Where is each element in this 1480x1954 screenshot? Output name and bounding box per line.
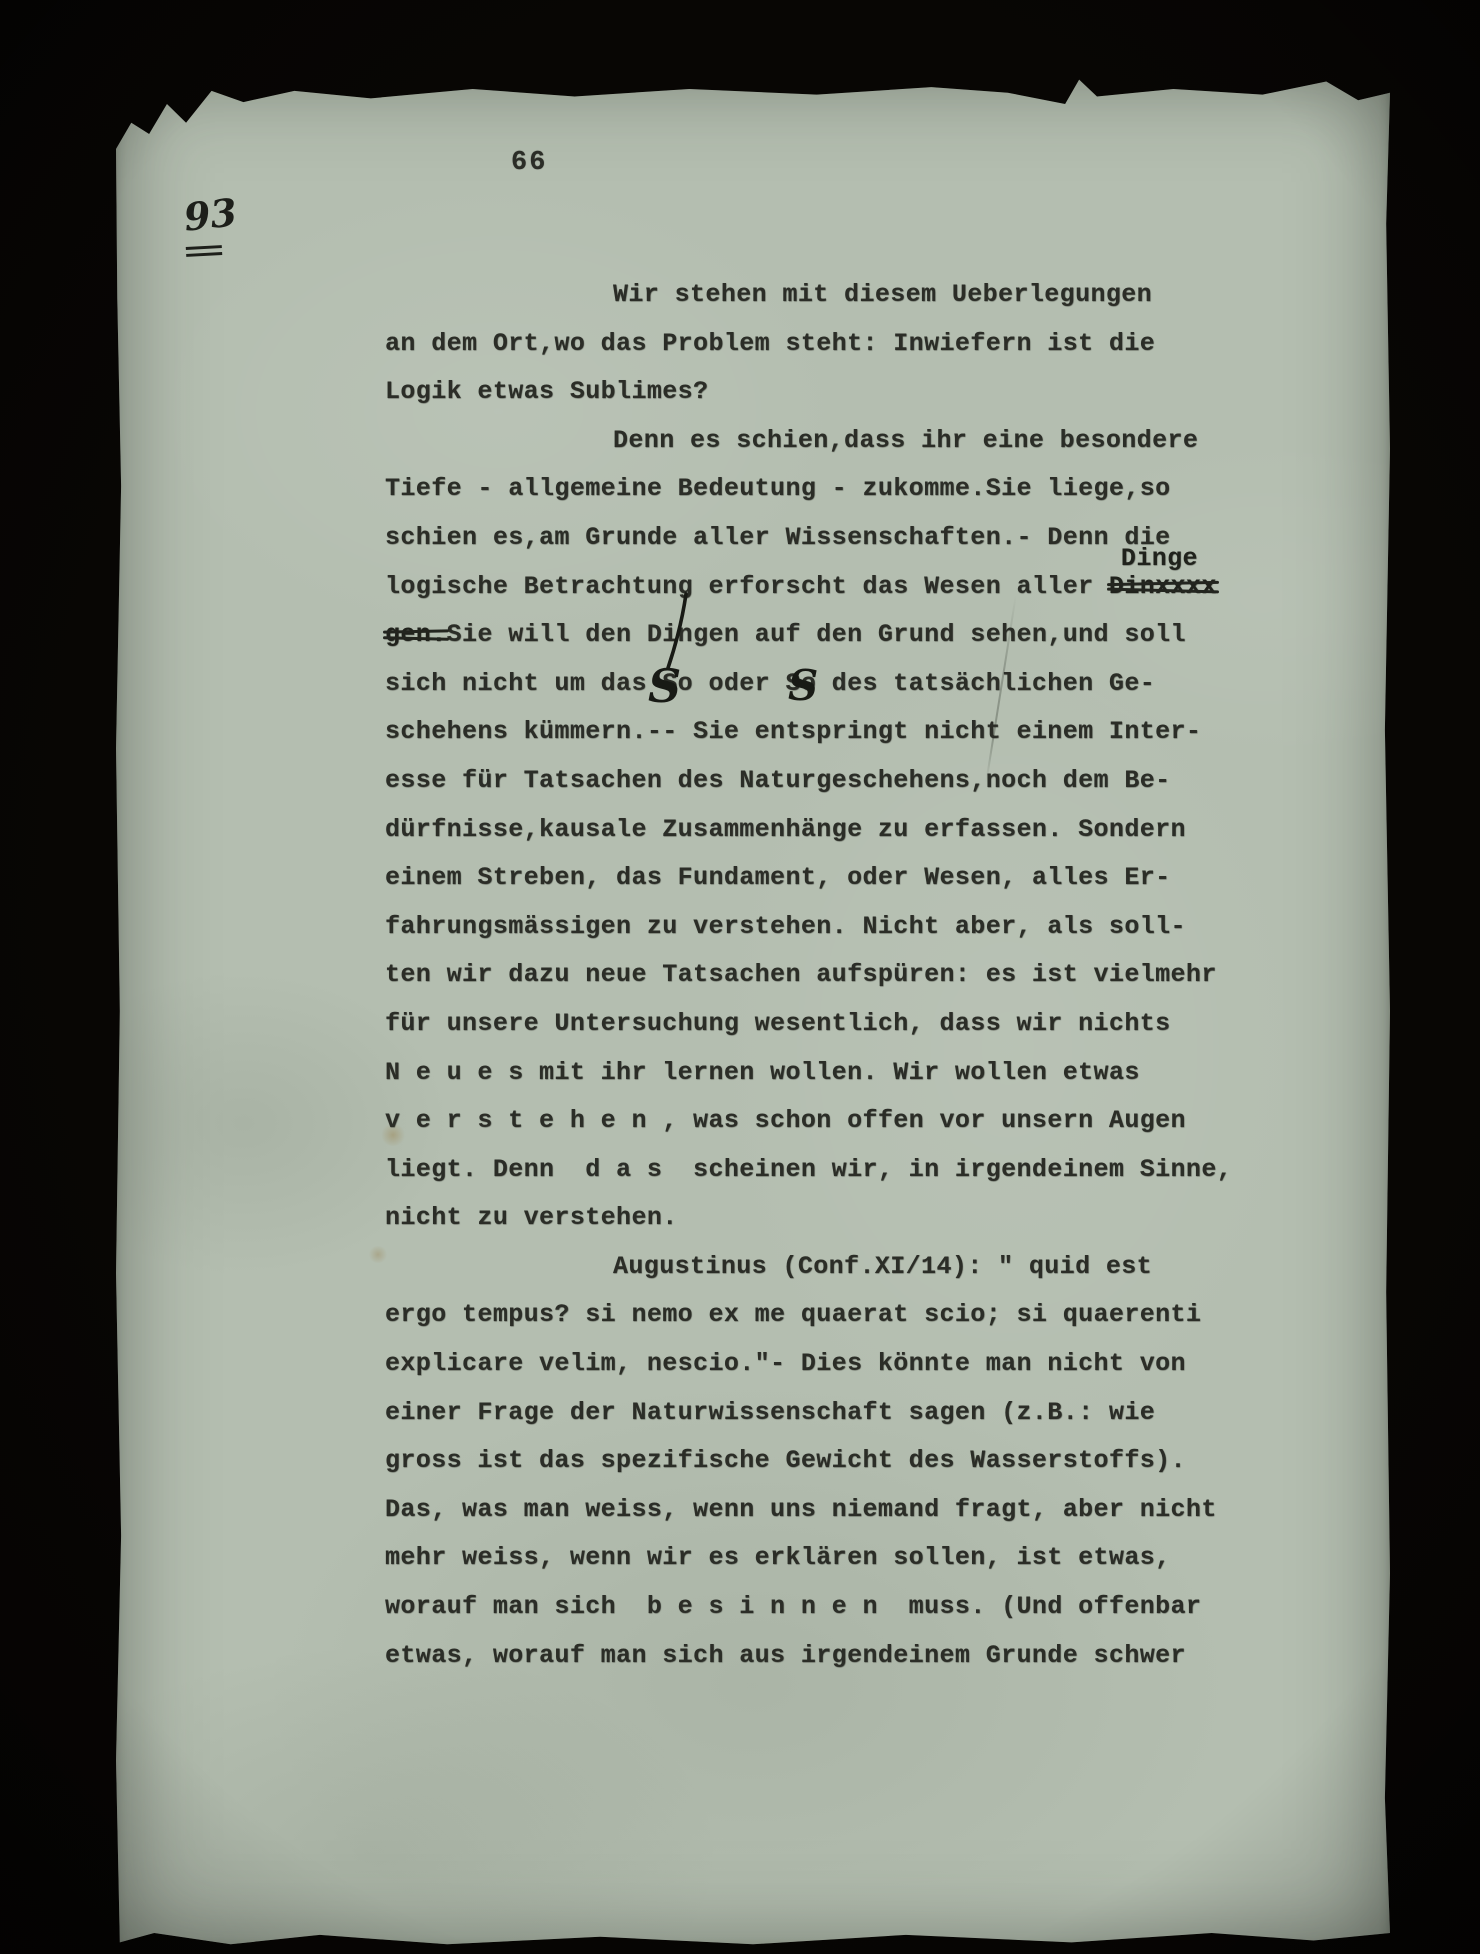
typed-text: Das, was man weiss, wenn uns niemand fra… bbox=[385, 1495, 1217, 1524]
typescript-line: logische Betrachtung erforscht das Wesen… bbox=[385, 572, 1305, 621]
typed-text: schehens kümmern.-- Sie entspringt nicht… bbox=[385, 717, 1201, 746]
typed-insertion-above-line: Dinge bbox=[1121, 544, 1198, 573]
typed-page-number: 66 bbox=[511, 148, 547, 178]
typed-text: ergo tempus? si nemo ex me quaerat scio;… bbox=[385, 1300, 1201, 1329]
typescript-line: Augustinus (Conf.XI/14): " quid est bbox=[385, 1252, 1305, 1301]
typescript-line: einer Frage der Naturwissenschaft sagen … bbox=[385, 1398, 1305, 1447]
typescript-line: gross ist das spezifische Gewicht des Wa… bbox=[385, 1446, 1305, 1495]
typescript-line: an dem Ort,wo das Problem steht: Inwiefe… bbox=[385, 329, 1305, 378]
handwritten-margin-number: 93 bbox=[182, 193, 239, 236]
typescript-line: explicare velim, nescio."- Dies könnte m… bbox=[385, 1349, 1305, 1398]
typed-text: N e u e s mit ihr lernen wollen. Wir wol… bbox=[385, 1058, 1140, 1087]
typescript-line: für unsere Untersuchung wesentlich, dass… bbox=[385, 1009, 1305, 1058]
typed-text: einer Frage der Naturwissenschaft sagen … bbox=[385, 1398, 1155, 1427]
typed-text: Wir stehen mit diesem Ueberlegungen bbox=[613, 280, 1152, 309]
photographed-typescript-page: 66 93 Wir stehen mit diesem Ueberlegunge… bbox=[0, 0, 1480, 1954]
typescript-line: Wir stehen mit diesem Ueberlegungen bbox=[385, 280, 1305, 329]
typed-text: Sie will den Dingen auf den Grund sehen,… bbox=[447, 620, 1186, 649]
margin-number-underline bbox=[186, 245, 222, 257]
typescript-line: Logik etwas Sublimes? bbox=[385, 377, 1305, 426]
typescript-line: dürfnisse,kausale Zusammenhänge zu erfas… bbox=[385, 815, 1305, 864]
typescript-line: einem Streben, das Fundament, oder Wesen… bbox=[385, 863, 1305, 912]
typescript-line: mehr weiss, wenn wir es erklären sollen,… bbox=[385, 1543, 1305, 1592]
typed-text: liegt. Denn d a s scheinen wir, in irgen… bbox=[385, 1155, 1232, 1184]
typescript-line: esse für Tatsachen des Naturgeschehens,n… bbox=[385, 766, 1305, 815]
typescript-line: sich nicht um das So oder So des tatsäch… bbox=[385, 669, 1305, 718]
typescript-line: schehens kümmern.-- Sie entspringt nicht… bbox=[385, 717, 1305, 766]
typescript-line: Denn es schien,dass ihr eine besondere bbox=[385, 426, 1305, 475]
typed-text: mehr weiss, wenn wir es erklären sollen,… bbox=[385, 1543, 1171, 1572]
typescript-text: Wir stehen mit diesem Ueberlegungenan de… bbox=[385, 280, 1305, 1689]
typescript-line: gen.Sie will den Dingen auf den Grund se… bbox=[385, 620, 1305, 669]
typescript-line: ergo tempus? si nemo ex me quaerat scio;… bbox=[385, 1300, 1305, 1349]
typescript-line: Das, was man weiss, wenn uns niemand fra… bbox=[385, 1495, 1305, 1544]
typed-text: an dem Ort,wo das Problem steht: Inwiefe… bbox=[385, 329, 1155, 358]
typed-text: Tiefe - allgemeine Bedeutung - zukomme.S… bbox=[385, 474, 1171, 503]
typed-text: einem Streben, das Fundament, oder Wesen… bbox=[385, 863, 1171, 892]
typed-text: Augustinus (Conf.XI/14): " quid est bbox=[613, 1252, 1152, 1281]
typed-text: sich nicht um das So oder So des tatsäch… bbox=[385, 669, 1155, 698]
typescript-line: worauf man sich b e s i n n e n muss. (U… bbox=[385, 1592, 1305, 1641]
typescript-line: fahrungsmässigen zu verstehen. Nicht abe… bbox=[385, 912, 1305, 961]
typed-text: dürfnisse,kausale Zusammenhänge zu erfas… bbox=[385, 815, 1186, 844]
typed-text: ten wir dazu neue Tatsachen aufspüren: e… bbox=[385, 960, 1217, 989]
struck-out-text: DinxxxxDinge bbox=[1109, 572, 1217, 601]
typed-text: für unsere Untersuchung wesentlich, dass… bbox=[385, 1009, 1171, 1038]
typescript-line: Tiefe - allgemeine Bedeutung - zukomme.S… bbox=[385, 474, 1305, 523]
typescript-line: nicht zu verstehen. bbox=[385, 1203, 1305, 1252]
typed-text: fahrungsmässigen zu verstehen. Nicht abe… bbox=[385, 912, 1186, 941]
typed-text: logische Betrachtung erforscht das Wesen… bbox=[385, 572, 1109, 601]
typescript-line: N e u e s mit ihr lernen wollen. Wir wol… bbox=[385, 1058, 1305, 1107]
typescript-line: etwas, worauf man sich aus irgendeinem G… bbox=[385, 1641, 1305, 1690]
typed-text: schien es,am Grunde aller Wissenschaften… bbox=[385, 523, 1171, 552]
typed-text: gross ist das spezifische Gewicht des Wa… bbox=[385, 1446, 1186, 1475]
typed-text: Denn es schien,dass ihr eine besondere bbox=[613, 426, 1198, 455]
typescript-line: ten wir dazu neue Tatsachen aufspüren: e… bbox=[385, 960, 1305, 1009]
typed-text: nicht zu verstehen. bbox=[385, 1203, 678, 1232]
typed-text: v e r s t e h e n , was schon offen vor … bbox=[385, 1106, 1186, 1135]
typed-text: explicare velim, nescio."- Dies könnte m… bbox=[385, 1349, 1186, 1378]
typed-text: esse für Tatsachen des Naturgeschehens,n… bbox=[385, 766, 1171, 795]
typescript-line: liegt. Denn d a s scheinen wir, in irgen… bbox=[385, 1155, 1305, 1204]
typed-text: etwas, worauf man sich aus irgendeinem G… bbox=[385, 1641, 1186, 1670]
struck-out-text: gen. bbox=[385, 620, 447, 649]
typescript-line: v e r s t e h e n , was schon offen vor … bbox=[385, 1106, 1305, 1155]
typed-text: worauf man sich b e s i n n e n muss. (U… bbox=[385, 1592, 1201, 1621]
typed-text: Logik etwas Sublimes? bbox=[385, 377, 708, 406]
